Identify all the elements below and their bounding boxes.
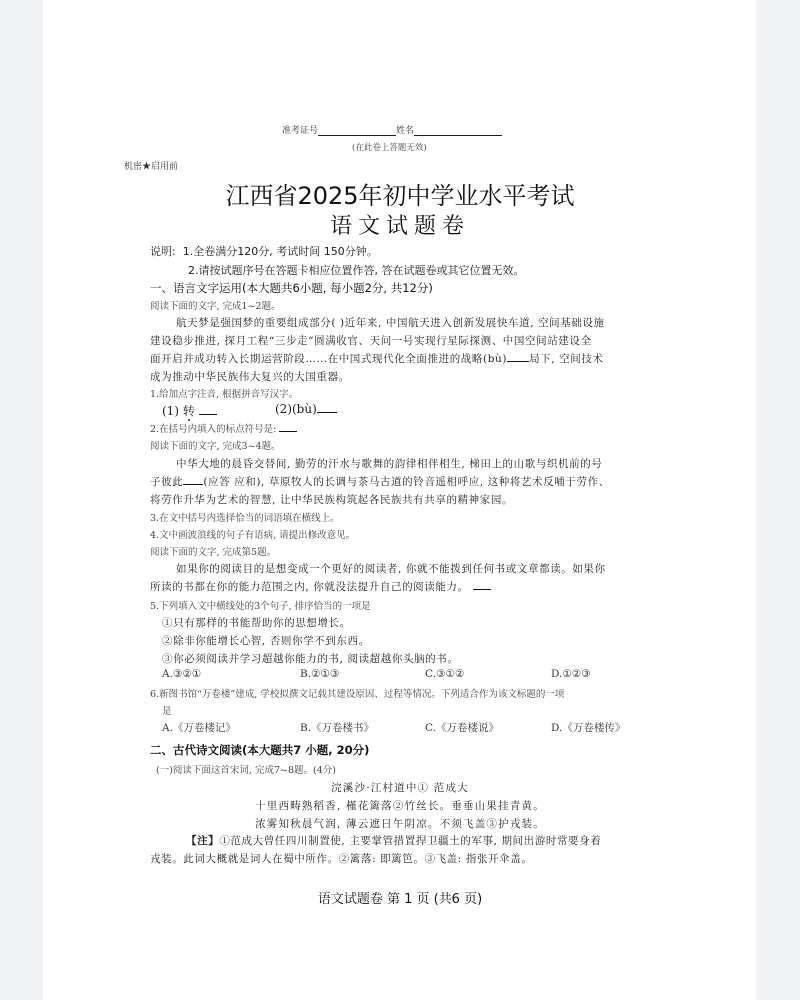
passage-3-line: 所读的书都在你的能力范围之内, 你就没法提升自己的阅读能力。 — [150, 579, 491, 594]
reading-intro: (一)阅读下面这首宋词, 完成7~8题。(4分) — [156, 762, 336, 776]
exam-id-blank — [318, 125, 396, 136]
section-2-heading: 二、古代诗文阅读(本大题共7 小题, 20分) — [150, 742, 369, 758]
question-6: 6.新图书馆“万卷楼”建成, 学校拟撰文记载其建设原因、过程等情况。下列适合作为… — [150, 686, 564, 700]
candidate-info-line: 准考证号姓名 — [282, 123, 502, 136]
reading-intro: 阅读下面的文字, 完成第5题。 — [150, 544, 276, 558]
invalid-answer-note: (在此卷上答题无效) — [352, 141, 427, 153]
passage-2-line: 子彼此(应答 应和), 草原牧人的长调与茶马古道的铃音遥相呼应, 这种将艺术反哺… — [150, 474, 610, 489]
part-label: (1) — [162, 404, 183, 418]
poem-title: 浣溪沙·江村道中① 范成大 — [0, 780, 800, 795]
note-label: 【注】 — [186, 835, 219, 847]
q5-option-c[interactable]: C.③①② — [425, 668, 464, 680]
poem-line: 浓雾知秋晨气润, 薄云遮日午阴凉。不须飞盖③护戎装。 — [0, 816, 800, 831]
q6-option-c[interactable]: C.《万卷楼说》 — [425, 720, 499, 735]
question-3: 3.在文中括号内选择恰当的词语填在横线上。 — [150, 510, 340, 524]
instructions-line-1: 说明: 1.全卷满分120分, 考试时间 150分钟。 — [150, 243, 378, 259]
answer-blank — [317, 411, 337, 413]
q5-sentence: ②除非你能增长心智, 否则你学不到东西。 — [162, 633, 370, 648]
passage-text: 子彼此 — [150, 476, 183, 488]
poem-note-line: 戎装。此词大概就是词人在蜀中所作。②篱落: 即篱笆。③飞盖: 指张开伞盖。 — [150, 851, 532, 866]
reading-intro: 阅读下面的文字, 完成1~2题。 — [150, 298, 281, 312]
note-text: ①范成大曾任四川制置使, 主要掌管措置捍卫疆土的军事, 期间出游时常要身着 — [219, 835, 601, 847]
answer-blank — [183, 483, 203, 485]
q6-option-a[interactable]: A.《万卷楼记》 — [162, 720, 236, 735]
poem-line: 十里西畴熟稻香, 槿花篱落②竹丝长。垂垂山果挂青黄。 — [0, 798, 800, 813]
question-4: 4.文中画波浪线的句子有语病, 请提出修改意见。 — [150, 527, 355, 541]
page-footer: 语文试题卷 第 1 页 (共6 页) — [0, 888, 800, 907]
q5-option-d[interactable]: D.①②③ — [551, 668, 591, 680]
question-1-part-1: (1) 转 — [162, 402, 217, 419]
reading-intro: 阅读下面的文字, 完成3~4题。 — [150, 438, 281, 452]
instruction-item: 1.全卷满分120分, 考试时间 150分钟。 — [183, 245, 378, 258]
answer-blank — [507, 360, 529, 362]
instructions-label: 说明: — [150, 245, 176, 258]
exam-title: 江西省2025年初中学业水平考试 — [0, 176, 800, 211]
secret-mark: 机密★启用前 — [124, 159, 178, 172]
q5-sentence: ①只有那样的书能帮助你的思想增长。 — [162, 615, 351, 630]
dotted-character: 转 — [183, 404, 195, 418]
answer-blank — [279, 430, 297, 432]
passage-2-line: 中华大地的晨昏交替间, 勤劳的汗水与歌舞的韵律相伴相生, 梯田上的山歌与织机前的… — [176, 456, 602, 471]
q5-option-a[interactable]: A.③②① — [162, 668, 201, 680]
question-2: 2.在括号内填入的标点符号是: — [150, 421, 297, 435]
passage-1-line: 面开启并成功转入长期运营阶段……在中国式现代化全面推进的战略(bù)局下, 空间… — [150, 351, 604, 366]
passage-text: 局下, 空间技术 — [529, 353, 603, 365]
question-1-part-2: (2)(bù) — [275, 402, 337, 416]
section-1-heading: 一、语言文字运用(本大题共6小题, 每小题2分, 共12分) — [150, 280, 433, 296]
answer-blank — [473, 588, 491, 590]
passage-1-line: 建设稳步推进, 探月工程“三步走”圆满收官、天问一号实现行星际探测、中国空间站建… — [150, 333, 592, 348]
q5-sentence: ③你必须阅读并学习超越你能力的书, 阅读超越你头脑的书。 — [162, 651, 458, 666]
poem-note-line: 【注】①范成大曾任四川制置使, 主要掌管措置捍卫疆土的军事, 期间出游时常要身着 — [186, 833, 601, 848]
exam-subtitle: 语文试题卷 — [0, 209, 800, 240]
answer-blank — [199, 413, 217, 415]
passage-1-line: 成为推动中华民族伟大复兴的大国重器。 — [150, 369, 350, 384]
passage-text: 面开启并成功转入长期运营阶段……在中国式现代化全面推进的战略(bù) — [150, 353, 507, 365]
name-blank — [414, 125, 502, 136]
name-label: 姓名 — [396, 126, 414, 136]
q6-option-b[interactable]: B.《万卷楼书》 — [300, 720, 374, 735]
question-1: 1.给加点字注音, 根据拼音写汉字。 — [150, 386, 298, 400]
part-label: (2)(bù) — [275, 402, 317, 416]
q6-option-d[interactable]: D.《万卷楼传》 — [551, 720, 625, 735]
passage-text: 所读的书都在你的能力范围之内, 你就没法提升自己的阅读能力。 — [150, 581, 469, 593]
passage-3-line: 如果你的阅读目的是想变成一个更好的阅读者, 你就不能拨到任何书或文章都读。如果你 — [176, 561, 606, 576]
passage-2-line: 将劳作升华为艺术的智慧, 让中华民族构筑起各民族共有共享的精神家园。 — [150, 492, 513, 507]
question-text: 2.在括号内填入的标点符号是: — [150, 424, 276, 435]
passage-1-line: 航天梦是强国梦的重要组成部分( )近年来, 中国航天进入创新发展快车道, 空间基… — [176, 315, 605, 330]
question-6-cont: 是 — [162, 703, 172, 717]
question-5: 5.下列填入文中横线处的3个句子, 排序恰当的一项是 — [150, 598, 371, 612]
passage-text: (应答 应和), 草原牧人的长调与茶马古道的铃音遥相呼应, 这种将艺术反哺于劳作… — [203, 476, 609, 488]
instruction-item: 2.请按试题序号在答题卡相应位置作答, 答在试题卷或其它位置无效。 — [188, 262, 525, 278]
exam-id-label: 准考证号 — [282, 126, 318, 136]
q5-option-b[interactable]: B.②①③ — [300, 668, 339, 680]
